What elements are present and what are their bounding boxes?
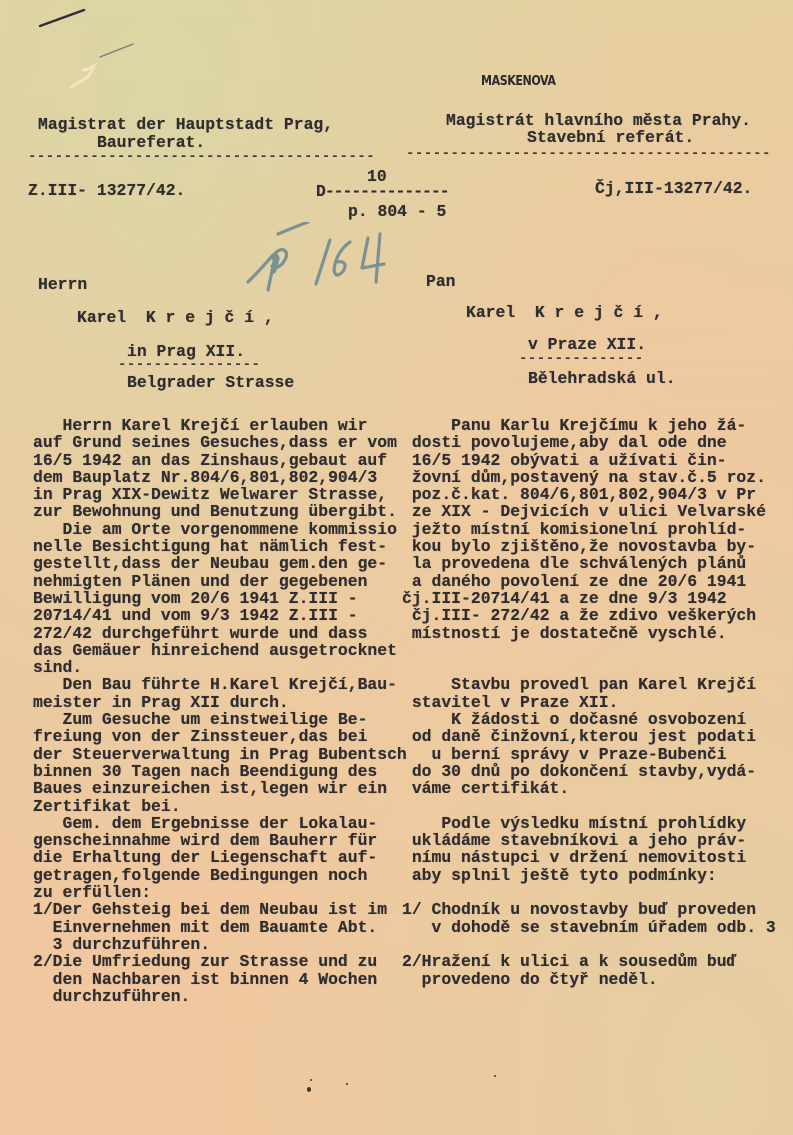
body-line: ze XIX - Dejvicích v ulici Velvarské	[402, 503, 776, 520]
body-line: v dohodě se stavebním úřadem odb. 3	[402, 919, 776, 936]
right-header-title: Magistrát hlavního města Prahy.	[446, 112, 751, 129]
body-line: 2/Hražení k ulici a k sousedům buď	[402, 953, 776, 970]
body-line: ​	[402, 936, 776, 953]
body-line: meister in Prag XII durch.	[33, 694, 407, 711]
body-line: sind.	[33, 659, 407, 676]
body-line: 16/5 1942 an das Zinshaus,gebaut auf	[33, 452, 407, 469]
body-line: stavitel v Praze XII.	[402, 694, 776, 711]
ink-speck	[346, 1083, 348, 1085]
body-line: das Gemäuer hinreichend ausgetrocknet	[33, 642, 407, 659]
body-line: Den Bau führte H.Karel Krejčí,Bau-	[33, 676, 407, 693]
body-line: čj.III- 272/42 a že zdivo veškerých	[402, 607, 776, 624]
body-line: 1/Der Gehsteig bei dem Neubau ist im	[33, 901, 407, 918]
body-line: la provedena dle schválených plánů	[402, 555, 776, 572]
body-line: Gem. dem Ergebnisse der Lokalau-	[33, 815, 407, 832]
body-line: a daného povolení ze dne 20/6 1941	[402, 573, 776, 590]
body-line: K žádosti o dočasné osvobození	[402, 711, 776, 728]
body-line: dem Bauplatz Nr.804/6,801,802,904/3	[33, 469, 407, 486]
body-line: Bewilligung vom 20/6 1941 Z.III -	[33, 590, 407, 607]
body-line: do 30 dnů po dokončení stavby,vydá-	[402, 763, 776, 780]
body-line: 16/5 1942 obývati a užívati čin-	[402, 452, 776, 469]
left-salutation: Herrn	[38, 276, 87, 293]
left-body-text: Herrn Karel Krejčí erlauben wir auf Grun…	[33, 417, 407, 1005]
body-line: váme certifikát.	[402, 780, 776, 797]
body-line: kou bylo zjištěno,že novostavba by-	[402, 538, 776, 555]
body-line: getragen,folgende Bedingungen noch	[33, 867, 407, 884]
body-line: binnen 30 Tagen nach Beendigung des	[33, 763, 407, 780]
body-line: zur Bewohnung und Benutzung übergibt.	[33, 503, 407, 520]
body-line: in Prag XIX-Dewitz Welwarer Strasse,	[33, 486, 407, 503]
left-recipient-name: Karel K r e j č í ,	[77, 309, 274, 326]
body-line: der Steuerverwaltung in Prag Bubentsch	[33, 746, 407, 763]
right-address-rule: --------------	[519, 352, 644, 366]
body-line: durchzuführen.	[33, 988, 407, 1005]
body-line: nelle Besichtigung hat nämlich fest-	[33, 538, 407, 555]
body-line: Die am Orte vorgenommene kommissio	[33, 521, 407, 538]
body-line: ukládáme stavebníkovi a jeho práv-	[402, 832, 776, 849]
body-line: genscheinnahme wird dem Bauherr für	[33, 832, 407, 849]
body-line: místností je dostatečně vyschlé.	[402, 625, 776, 642]
body-line: žovní dům,postavený na stav.č.5 roz.	[402, 469, 776, 486]
body-line: nímu nástupci v držení nemovitosti	[402, 849, 776, 866]
body-line: 1/ Chodník u novostavby buď proveden	[402, 901, 776, 918]
body-line: Zum Gesuche um einstweilige Be-	[33, 711, 407, 728]
body-line: Einvernehmen mit dem Bauamte Abt.	[33, 919, 407, 936]
body-line: ​	[402, 884, 776, 901]
body-line: u berní správy v Praze-Bubenči	[402, 746, 776, 763]
body-line: Podle výsledku místní prohlídky	[402, 815, 776, 832]
right-header-department: Stavební referát.	[527, 129, 694, 146]
body-line: 3 durchzuführen.	[33, 936, 407, 953]
body-line: čj.III-20714/41 a ze dne 9/3 1942	[402, 590, 776, 607]
ink-speck	[310, 1079, 312, 1081]
body-line: Stavbu provedl pan Karel Krejčí	[402, 676, 776, 693]
left-recipient-street: Belgrader Strasse	[127, 374, 294, 391]
left-header-rule: ---------------------------------------	[28, 150, 375, 164]
body-line: nehmigten Plänen und der gegebenen	[33, 573, 407, 590]
body-line: ježto místní komisionelní prohlíd-	[402, 521, 776, 538]
left-header-title: Magistrat der Hauptstadt Prag,	[38, 116, 333, 133]
body-line: zu erfüllen:	[33, 884, 407, 901]
maskenova-stamp: MASKENOVA	[481, 74, 555, 89]
body-line: Baues einzureichen ist,legen wir ein	[33, 780, 407, 797]
body-line: 20714/41 und vom 9/3 1942 Z.III -	[33, 607, 407, 624]
body-line: den Nachbaren ist binnen 4 Wochen	[33, 971, 407, 988]
body-line: 2/Die Umfriedung zur Strasse und zu	[33, 953, 407, 970]
left-reference-number: Z.III- 13277/42.	[28, 182, 185, 199]
body-line: poz.č.kat. 804/6,801,802,904/3 v Pr	[402, 486, 776, 503]
body-line: Herrn Karel Krejčí erlauben wir	[33, 417, 407, 434]
body-line: aby splnil ještě tyto podmínky:	[402, 867, 776, 884]
right-body-text: Panu Karlu Krejčímu k jeho žá- dosti pov…	[402, 417, 776, 988]
body-line: auf Grund seines Gesuches,dass er vom	[33, 434, 407, 451]
body-line: ​	[402, 642, 776, 659]
body-line: freiung von der Zinssteuer,das bei	[33, 728, 407, 745]
body-line: die Erhaltung der Liegenschaft auf-	[33, 849, 407, 866]
ink-speck	[307, 1087, 311, 1092]
center-reference-mid: D--------------	[316, 183, 449, 200]
paper-scratch-marks	[30, 0, 170, 100]
body-line: Panu Karlu Krejčímu k jeho žá-	[402, 417, 776, 434]
center-reference-page: p. 804 - 5	[348, 203, 446, 220]
body-line: ​	[402, 798, 776, 815]
body-line: gestellt,dass der Neubau gem.den ge-	[33, 555, 407, 572]
right-reference-number: Čj,III-13277/42.	[595, 180, 752, 197]
body-line: od daně činžovní,kterou jest podati	[402, 728, 776, 745]
body-line: ​	[402, 659, 776, 676]
left-address-rule: ----------------	[118, 358, 260, 372]
right-header-rule: ----------------------------------------…	[406, 147, 771, 161]
handwritten-pencil-note: ap 164	[246, 222, 406, 297]
body-line: Zertifikat bei.	[33, 798, 407, 815]
body-line: dosti povolujeme,aby dal ode dne	[402, 434, 776, 451]
right-salutation: Pan	[426, 273, 456, 290]
ink-speck	[494, 1075, 496, 1077]
body-line: 272/42 durchgeführt wurde und dass	[33, 625, 407, 642]
right-recipient-street: Bělehradská ul.	[528, 370, 676, 387]
right-recipient-name: Karel K r e j č í ,	[466, 304, 663, 321]
body-line: provedeno do čtyř neděl.	[402, 971, 776, 988]
